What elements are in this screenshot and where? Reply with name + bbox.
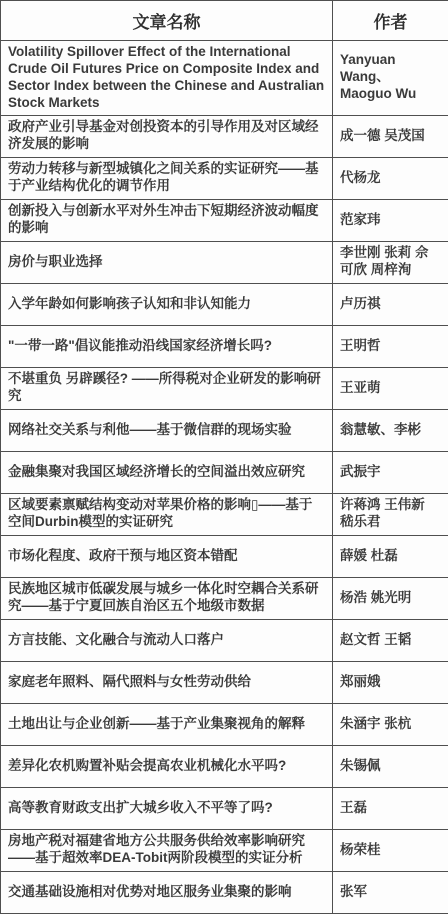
author-cell: 范家玮 (333, 199, 448, 241)
article-title-cell: 金融集聚对我国区域经济增长的空间溢出效应研究 (1, 451, 333, 493)
author-cell: 翁慧敏、李彬 (333, 409, 448, 451)
article-title-cell: Volatility Spillover Effect of the Inter… (1, 41, 333, 116)
article-title-cell: 市场化程度、政府干预与地区资本错配 (1, 535, 333, 577)
table-row: 差异化农机购置补贴会提高农业机械化水平吗? 朱锡佩 (1, 745, 448, 787)
table-row: 民族地区城市低碳发展与城乡一体化时空耦合关系研究——基于宁夏回族自治区五个地级市… (1, 577, 448, 619)
table-row: 劳动力转移与新型城镇化之间关系的实证研究——基于产业结构优化的调节作用 代杨龙 (1, 157, 448, 199)
table-row: 土地出让与企业创新——基于产业集聚视角的解释 朱涵宇 张杭 (1, 703, 448, 745)
table-row: 市场化程度、政府干预与地区资本错配 薛媛 杜磊 (1, 535, 448, 577)
article-title-cell: 区域要素禀赋结构变动对苹果价格的影响▯——基于空间Durbin模型的实证研究 (1, 493, 333, 535)
table-row: Volatility Spillover Effect of the Inter… (1, 41, 448, 116)
table-row: "一带一路"倡议能推动沿线国家经济增长吗? 王明哲 (1, 325, 448, 367)
article-title-cell: 入学年龄如何影响孩子认知和非认知能力 (1, 283, 333, 325)
table-row: 不堪重负 另辟蹊径? ——所得税对企业研发的影响研究 王亚萌 (1, 367, 448, 409)
table-row: 区域要素禀赋结构变动对苹果价格的影响▯——基于空间Durbin模型的实证研究 许… (1, 493, 448, 535)
col-header-author: 作者 (333, 1, 448, 41)
author-cell: 薛媛 杜磊 (333, 535, 448, 577)
article-title-cell: 民族地区城市低碳发展与城乡一体化时空耦合关系研究——基于宁夏回族自治区五个地级市… (1, 577, 333, 619)
author-cell: 代杨龙 (333, 157, 448, 199)
author-cell: 卢历祺 (333, 283, 448, 325)
author-cell: 杨浩 姚光明 (333, 577, 448, 619)
table-row: 房地产税对福建省地方公共服务供给效率影响研究——基于超效率DEA-Tobit两阶… (1, 829, 448, 871)
author-cell: 赵文哲 王韬 (333, 619, 448, 661)
table-row: 交通基础设施相对优势对地区服务业集聚的影响 张军 (1, 871, 448, 913)
table-row: 高等教育财政支出扩大城乡收入不平等了吗? 王磊 (1, 787, 448, 829)
author-cell: 郑丽娥 (333, 661, 448, 703)
header-row: 文章名称 作者 (1, 1, 448, 41)
table-row: 网络社交关系与利他——基于微信群的现场实验 翁慧敏、李彬 (1, 409, 448, 451)
article-title-cell: 土地出让与企业创新——基于产业集聚视角的解释 (1, 703, 333, 745)
article-title-cell: 政府产业引导基金对创投资本的引导作用及对区域经济发展的影响 (1, 115, 333, 157)
article-title-cell: 方言技能、文化融合与流动人口落户 (1, 619, 333, 661)
author-cell: 王亚萌 (333, 367, 448, 409)
table-row: 入学年龄如何影响孩子认知和非认知能力 卢历祺 (1, 283, 448, 325)
author-cell: 朱涵宇 张杭 (333, 703, 448, 745)
article-title-cell: 不堪重负 另辟蹊径? ——所得税对企业研发的影响研究 (1, 367, 333, 409)
article-table: 文章名称 作者 Volatility Spillover Effect of t… (0, 0, 448, 914)
author-cell: 王明哲 (333, 325, 448, 367)
article-title-cell: "一带一路"倡议能推动沿线国家经济增长吗? (1, 325, 333, 367)
author-cell: 张军 (333, 871, 448, 913)
table-row: 金融集聚对我国区域经济增长的空间溢出效应研究 武振宇 (1, 451, 448, 493)
article-title-cell: 创新投入与创新水平对外生冲击下短期经济波动幅度的影响 (1, 199, 333, 241)
table-row: 家庭老年照料、隔代照料与女性劳动供给 郑丽娥 (1, 661, 448, 703)
author-cell: 王磊 (333, 787, 448, 829)
article-title-cell: 交通基础设施相对优势对地区服务业集聚的影响 (1, 871, 333, 913)
table-row: 创新投入与创新水平对外生冲击下短期经济波动幅度的影响 范家玮 (1, 199, 448, 241)
page: 文章名称 作者 Volatility Spillover Effect of t… (0, 0, 448, 914)
author-cell: 李世刚 张莉 佘可欣 周梓洵 (333, 241, 448, 283)
author-cell: 成一德 吴茂国 (333, 115, 448, 157)
article-title-cell: 高等教育财政支出扩大城乡收入不平等了吗? (1, 787, 333, 829)
author-cell: 朱锡佩 (333, 745, 448, 787)
table-row: 方言技能、文化融合与流动人口落户 赵文哲 王韬 (1, 619, 448, 661)
author-cell: 许蒋鸿 王伟新 嵇乐君 (333, 493, 448, 535)
col-header-article-title: 文章名称 (1, 1, 333, 41)
author-cell: 武振宇 (333, 451, 448, 493)
author-cell: Yanyuan Wang、Maoguo Wu (333, 41, 448, 116)
article-title-cell: 网络社交关系与利他——基于微信群的现场实验 (1, 409, 333, 451)
table-row: 房价与职业选择 李世刚 张莉 佘可欣 周梓洵 (1, 241, 448, 283)
article-title-cell: 家庭老年照料、隔代照料与女性劳动供给 (1, 661, 333, 703)
article-title-cell: 房价与职业选择 (1, 241, 333, 283)
author-cell: 杨荣桂 (333, 829, 448, 871)
article-title-cell: 房地产税对福建省地方公共服务供给效率影响研究——基于超效率DEA-Tobit两阶… (1, 829, 333, 871)
article-title-cell: 劳动力转移与新型城镇化之间关系的实证研究——基于产业结构优化的调节作用 (1, 157, 333, 199)
table-row: 政府产业引导基金对创投资本的引导作用及对区域经济发展的影响 成一德 吴茂国 (1, 115, 448, 157)
article-title-cell: 差异化农机购置补贴会提高农业机械化水平吗? (1, 745, 333, 787)
